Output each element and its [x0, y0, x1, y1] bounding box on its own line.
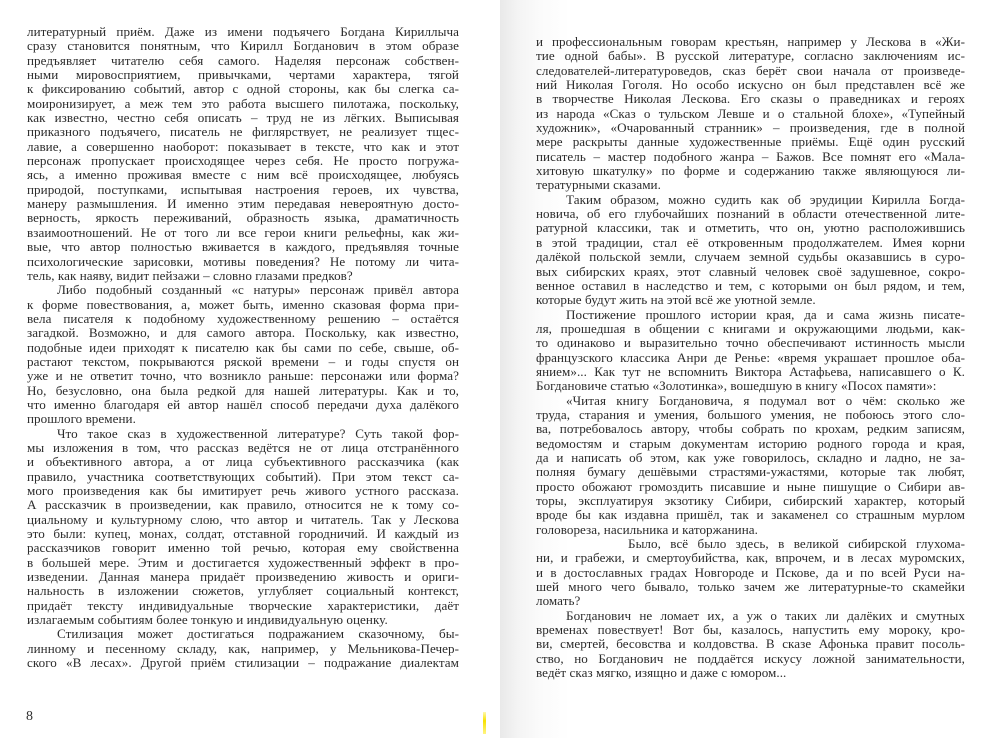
- text-line: ратурной классики, так и отметить, что о…: [536, 221, 965, 235]
- text-line: Стилизация может достигаться подражанием…: [27, 627, 459, 641]
- text-line: что именно благодаря ей автор нашёл спос…: [27, 398, 459, 412]
- text-line: вых сибирских краях, этот славный челове…: [536, 265, 965, 279]
- paragraph: Стилизация может достигаться подражанием…: [27, 627, 459, 670]
- text-line: и профессиональным говорам крестьян, нап…: [536, 35, 965, 49]
- text-line: янием»... Как тут не вспомнить Виктора А…: [536, 365, 965, 379]
- text-line: придаёт тексту индивидуальные творческие…: [27, 599, 459, 613]
- text-line: циальному и культурному слою, что автор …: [27, 513, 459, 527]
- text-line: в большей мере. Этим и достигается худож…: [27, 556, 459, 570]
- text-line: к фиксированию событий, автор с одной ст…: [27, 82, 459, 96]
- text-line: далёкой польской земли, случаем земной с…: [536, 250, 965, 264]
- text-line: ни, и грабежи, и смертоубийства, как, вп…: [536, 551, 965, 565]
- text-line: да и написать об этом, как уже говорилос…: [536, 451, 965, 465]
- text-line: рассказчиков говорит именно той речью, к…: [27, 541, 459, 555]
- text-line: и в достославных градах Новгороде и Пско…: [536, 566, 965, 580]
- left-page-body-text: литературный приём. Даже из имени подъяч…: [27, 25, 459, 670]
- page-number-left: 8: [26, 709, 33, 725]
- text-line: вела писателя к подобному художественном…: [27, 312, 459, 326]
- text-line: Было, всё было здесь, в великой сибирско…: [536, 537, 965, 551]
- text-line: загадкой. Возможно, и для самого автора.…: [27, 326, 459, 340]
- text-line: вые, что автор полностью вживается в каж…: [27, 240, 459, 254]
- text-line: художник», «Очарованный странник» – прои…: [536, 121, 965, 135]
- book-spread: литературный приём. Даже из имени подъяч…: [0, 0, 1000, 738]
- paragraph: Что такое сказ в художественной литерату…: [27, 427, 459, 628]
- text-line: тие одной бабы». В русской литературе, с…: [536, 49, 965, 63]
- text-line: А рассказчик в произведении, как правило…: [27, 498, 459, 512]
- text-line: и объективного автора, а от лица субъект…: [27, 455, 459, 469]
- text-line: ний Николая Гоголя. Но особо искусно он …: [536, 78, 965, 92]
- text-line: моиронизирует, а меж тем это работа высш…: [27, 97, 459, 111]
- paragraph: Богданович не ломает их, а уж о таких ли…: [536, 609, 965, 681]
- text-line: «Читая книгу Богдановича, я подумал вот …: [536, 394, 965, 408]
- text-line: Богдановиче статью «Золотинка», вошедшую…: [536, 379, 965, 393]
- text-line: излагаемым событиям более тонкую и индив…: [27, 613, 459, 627]
- text-line: к форме повествования, а, может быть, им…: [27, 298, 459, 312]
- text-line: верность, яркость переживаний, образност…: [27, 211, 459, 225]
- text-line: как известно, честно себя описать – труд…: [27, 111, 459, 125]
- text-line: сразу становится понятным, что Кирилл Бо…: [27, 39, 459, 53]
- text-line: следователей-литературоведов, сказ берёт…: [536, 64, 965, 78]
- right-page-body-text: и профессиональным говорам крестьян, нап…: [536, 35, 965, 680]
- text-line: прошлого времени.: [27, 412, 459, 426]
- text-line: взаимоотношений. Не от того ли все герои…: [27, 226, 459, 240]
- text-line: полняя бумагу дешёвыми страстями-ужастям…: [536, 465, 965, 479]
- text-line: Постижение прошлого истории края, да и с…: [536, 308, 965, 322]
- text-line: в этой традиции, стал её откровенным про…: [536, 236, 965, 250]
- text-line: персонаж пропускает происходящее через с…: [27, 154, 459, 168]
- text-line: правило, участника соответствующих событ…: [27, 470, 459, 484]
- text-line: шей много чего бывало, только зачем же л…: [536, 580, 965, 594]
- text-line: нальность в изложении сюжетов, углубляет…: [27, 584, 459, 598]
- text-line: временах повествует! Вот бы, казалось, н…: [536, 623, 965, 637]
- text-line: подобные идеи приходят к писателю как бы…: [27, 341, 459, 355]
- text-line: лавие, а совершенно наоборот: показывает…: [27, 140, 459, 154]
- text-line: ясь, а именно проживая вместе с ним всё …: [27, 168, 459, 182]
- text-line: ство, но Богданович не поддаётся искусу …: [536, 652, 965, 666]
- text-line: просто обожают громоздить писавшие и нын…: [536, 480, 965, 494]
- text-line: труда, старания и умения, большого умени…: [536, 408, 965, 422]
- text-line: Таким образом, можно судить как об эруди…: [536, 193, 965, 207]
- text-line: Что такое сказ в художественной литерату…: [27, 427, 459, 441]
- text-line: мы изложения в том, что рассказ ведётся …: [27, 441, 459, 455]
- paragraph: «Читая книгу Богдановича, я подумал вот …: [536, 394, 965, 537]
- text-line: тель, как наяву, видит пейзажи – словно …: [27, 269, 459, 283]
- left-page: литературный приём. Даже из имени подъяч…: [0, 0, 500, 738]
- paragraph: Либо подобный созданный «с натуры» персо…: [27, 283, 459, 426]
- text-line: растают текстом, покрываются ряской врем…: [27, 355, 459, 369]
- paragraph: Таким образом, можно судить как об эруди…: [536, 193, 965, 308]
- paragraph: Постижение прошлого истории края, да и с…: [536, 308, 965, 394]
- text-line: хитовую шкатулку» по форме и содержанию …: [536, 164, 965, 178]
- text-line: то одинаково и выразительно точно обеспе…: [536, 336, 965, 350]
- text-line: ля, прошедшая в общении с книгами и окру…: [536, 322, 965, 336]
- text-line: новича, об его глубочайших познаний в об…: [536, 207, 965, 221]
- text-line: вроде бы как издавна пришёл, так и закам…: [536, 508, 965, 522]
- text-line: писатель – мастер подобного жанра – Бажо…: [536, 150, 965, 164]
- text-line: головореза, насильника и каторжанина.: [536, 523, 965, 537]
- text-line: венное оставил в наследство и тем, с кот…: [536, 279, 965, 293]
- paragraph: литературный приём. Даже из имени подъяч…: [27, 25, 459, 283]
- text-line: ви, смертей, бесовства и колдовства. В с…: [536, 637, 965, 651]
- paragraph: и профессиональным говорам крестьян, нап…: [536, 35, 965, 193]
- text-line: французского классика Анри де Ренье: «вр…: [536, 351, 965, 365]
- text-line: психологические зарисовки, мотивы поведе…: [27, 255, 459, 269]
- text-line: природой, поступками, испытывая настроен…: [27, 183, 459, 197]
- text-line: ломать?: [536, 594, 965, 608]
- text-line: торы, эксплуатируя экзотику Сибири, сиби…: [536, 494, 965, 508]
- text-line: это были: купец, монах, солдат, отставно…: [27, 527, 459, 541]
- text-line: изведении. Данная манера придаёт произве…: [27, 570, 459, 584]
- text-line: мере раскрыты данные художественные приё…: [536, 135, 965, 149]
- text-line: ского «В лесах». Другой приём стилизации…: [27, 656, 459, 670]
- text-line: предъявляет читателю себя самого. Наделя…: [27, 54, 459, 68]
- page-edge-color-mark: [483, 712, 486, 734]
- text-line: манеру размышления. И именно этим переда…: [27, 197, 459, 211]
- text-line: приказного подъячего, писатель не фигляр…: [27, 125, 459, 139]
- text-line: литературный приём. Даже из имени подъяч…: [27, 25, 459, 39]
- text-line: мого произведения как бы имитирует речь …: [27, 484, 459, 498]
- paragraph: Было, всё было здесь, в великой сибирско…: [536, 537, 965, 609]
- text-line: Либо подобный созданный «с натуры» персо…: [27, 283, 459, 297]
- text-line: Но, безусловно, она была редкой для наше…: [27, 384, 459, 398]
- text-line: уже и не ответит точно, что возникло ран…: [27, 369, 459, 383]
- text-line: Богданович не ломает их, а уж о таких ли…: [536, 609, 965, 623]
- text-line: ведёт сказ мягко, изящно и даже с юмором…: [536, 666, 965, 680]
- text-line: ными мировосприятием, привычками, чертам…: [27, 68, 459, 82]
- text-line: линному и песенному складу, как, наприме…: [27, 642, 459, 656]
- text-line: ведомостям и старым документам историю р…: [536, 437, 965, 451]
- text-line: тературными сказами.: [536, 178, 965, 192]
- text-line: ва, потребовалось автору, чтобы собрать …: [536, 422, 965, 436]
- text-line: из народа «Сказ о тульском Левше и о ста…: [536, 107, 965, 121]
- text-line: в творчестве Николая Лескова. Его сказы …: [536, 92, 965, 106]
- text-line: которые будут жить на этой всё же уютной…: [536, 293, 965, 307]
